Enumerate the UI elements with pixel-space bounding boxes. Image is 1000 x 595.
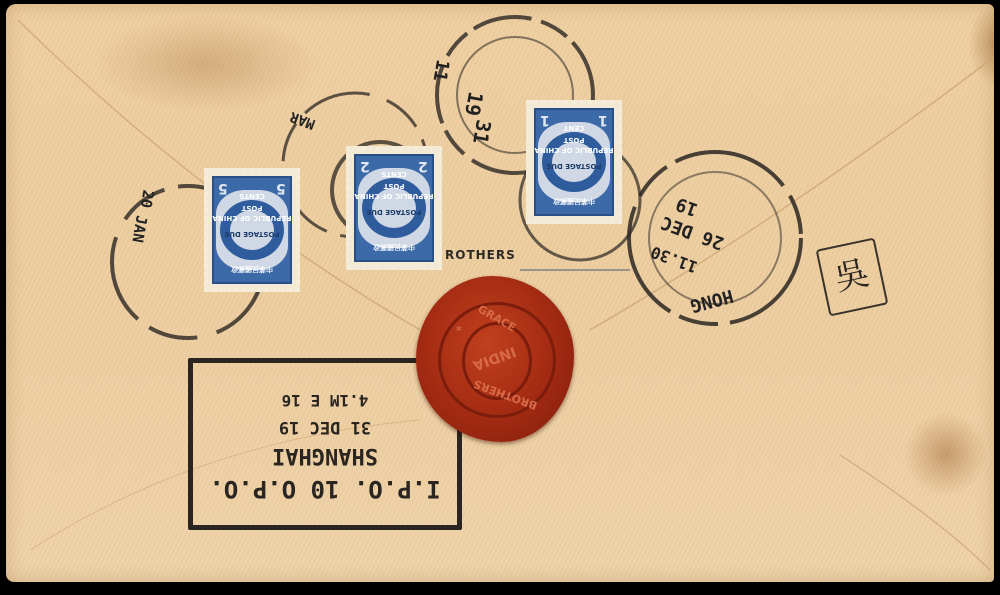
postmark-top-text: 11 xyxy=(429,58,453,83)
postmark-left-year: 20 xyxy=(137,189,158,210)
postage-due-stamp-5-cents: 5 5 CENTS POST REPUBLIC OF CHINA POSTAGE… xyxy=(204,168,300,292)
postmark-top-date: 19 xyxy=(460,90,488,118)
wax-seal: GRACE BROTHERS INDIA * xyxy=(416,276,574,442)
postage-due-stamp-1-cent: 1 1 CENT POST REPUBLIC OF CHINA POSTAGE … xyxy=(526,100,622,224)
postmark-top-day: 31 xyxy=(468,118,496,146)
photo-stage: 5 5 CENTS POST REPUBLIC OF CHINA POSTAGE… xyxy=(0,0,1000,595)
postage-due-stamp-2-cents: 2 2 CENTS POST REPUBLIC OF CHINA POSTAGE… xyxy=(346,146,442,270)
printed-sender-fragment: ROTHERS xyxy=(445,248,516,262)
